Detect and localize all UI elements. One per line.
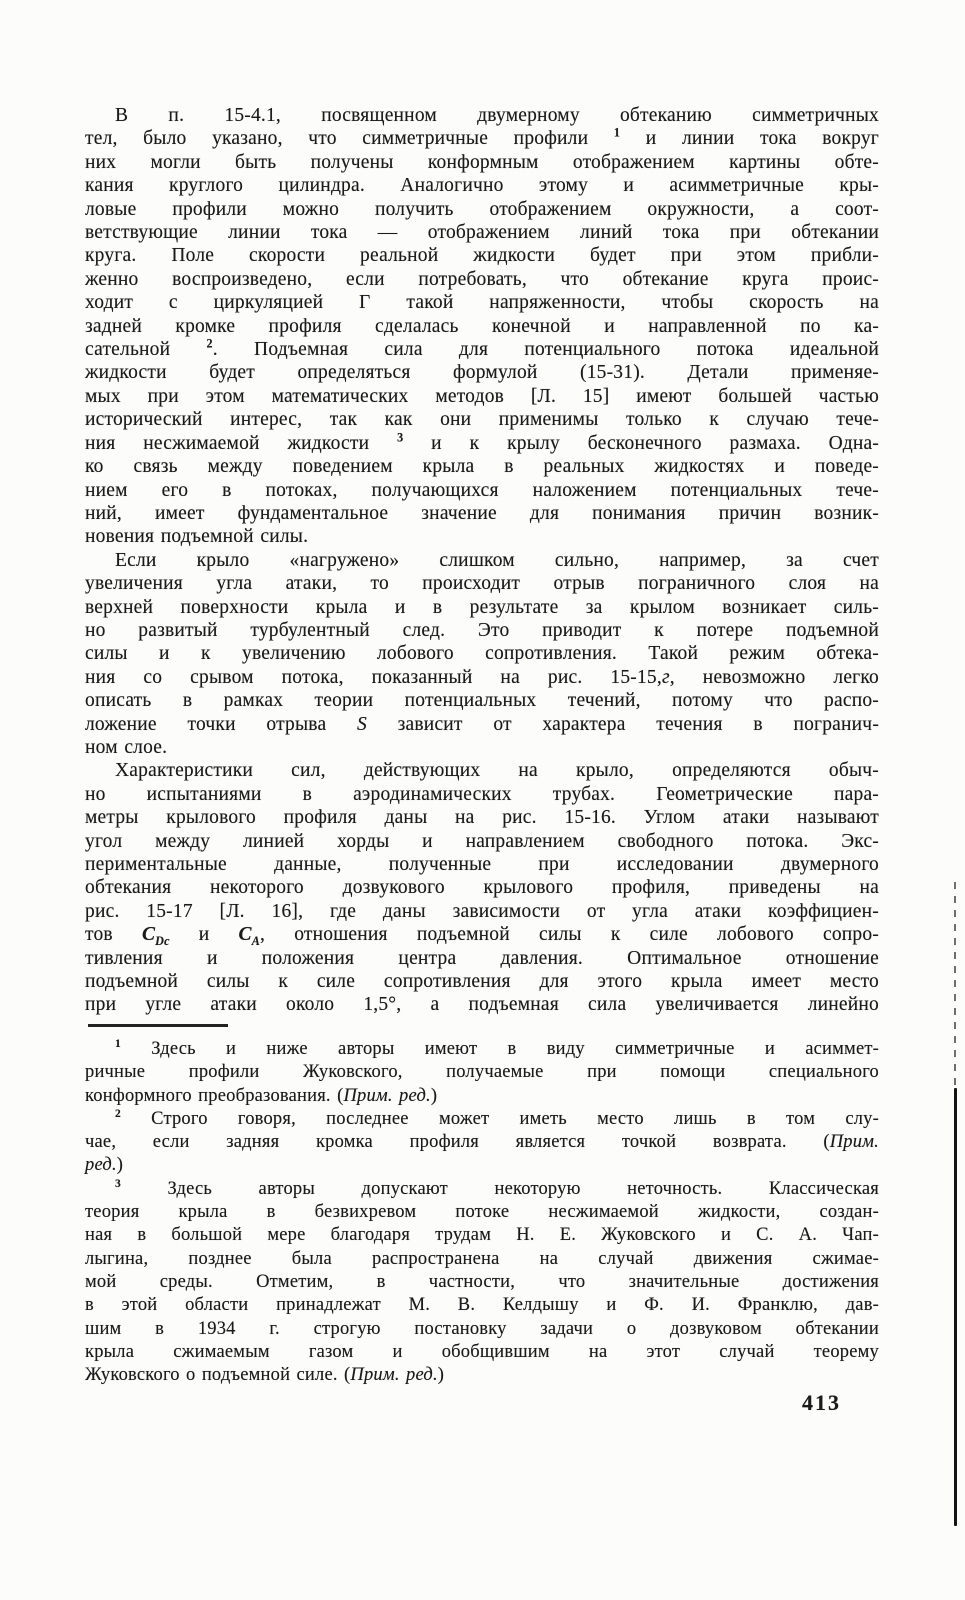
text-line: ловые профили можно получить отображение… (85, 198, 879, 221)
text-line: ветствующие линии тока — отображением ли… (85, 221, 879, 244)
text-line: силы и к увеличению лобового сопротивлен… (85, 642, 879, 665)
text-line: жидкости будет определяться формулой (15… (85, 361, 879, 384)
text-line: них могли быть получены конформным отобр… (85, 151, 879, 174)
scanned-book-page: В п. 15-4.1, посвященном двумерному обте… (0, 0, 965, 1600)
text-line: рис. 15-17 [Л. 16], где даны зависимости… (85, 900, 879, 923)
body-text: В п. 15-4.1, посвященном двумерному обте… (85, 104, 879, 1017)
scan-artifact-faint-line (954, 882, 956, 1088)
text-line: ко связь между поведением крыла в реальн… (85, 455, 879, 478)
text-line: в этой области принадлежат М. В. Келдышу… (85, 1294, 879, 1317)
text-line: чае, если задняя кромка профиля является… (85, 1131, 879, 1154)
text-line: обтекания некоторого дозвукового крылово… (85, 876, 879, 899)
text-line: тивления и положения центра давления. Оп… (85, 947, 879, 970)
text-line: шим в 1934 г. строгую постановку задачи … (85, 1318, 879, 1341)
text-line: задней кромке профиля сделалась конечной… (85, 315, 879, 338)
text-line: но развитый турбулентный след. Это приво… (85, 619, 879, 642)
text-line: 3 Здесь авторы допускают некоторую неточ… (85, 1178, 879, 1201)
text-line: нием его в потоках, получающихся наложен… (85, 479, 879, 502)
text-line: ния несжимаемой жидкости 3 и к крылу бес… (85, 432, 879, 455)
text-line: 2 Строго говоря, последнее может иметь м… (85, 1108, 879, 1131)
text-line: периментальные данные, полученные при ис… (85, 853, 879, 876)
text-line: Жуковского о подъемной силе. (Прим. ред.… (85, 1364, 879, 1387)
text-line: ния со срывом потока, показанный на рис.… (85, 666, 879, 689)
text-line: ная в большой мере благодаря трудам Н. Е… (85, 1224, 879, 1247)
text-line: ном слое. (85, 736, 879, 759)
text-line: новения подъемной силы. (85, 525, 879, 548)
text-line: В п. 15-4.1, посвященном двумерному обте… (85, 104, 879, 127)
text-line: описать в рамках теории потенциальных те… (85, 689, 879, 712)
text-line: сательной 2. Подъемная сила для потенциа… (85, 338, 879, 361)
page-number: 413 (802, 1390, 841, 1416)
text-line: Характеристики сил, действующих на крыло… (85, 759, 879, 782)
text-line: верхней поверхности крыла и в результате… (85, 596, 879, 619)
text-line: увеличения угла атаки, то происходит отр… (85, 572, 879, 595)
text-line: метры крылового профиля даны на рис. 15-… (85, 806, 879, 829)
text-line: теория крыла в безвихревом потоке несжим… (85, 1201, 879, 1224)
footnote-separator-rule (88, 1024, 228, 1027)
text-line: ложение точки отрыва S зависит от характ… (85, 713, 879, 736)
text-line: но испытаниями в аэродинамических трубах… (85, 783, 879, 806)
text-line: подъемной силы к силе сопротивления для … (85, 970, 879, 993)
text-line: ричные профили Жуковского, получаемые пр… (85, 1061, 879, 1084)
text-line: тел, было указано, что симметричные проф… (85, 127, 879, 150)
text-line: ний, имеет фундаментальное значение для … (85, 502, 879, 525)
text-line: ред.) (85, 1154, 879, 1177)
footnotes-block: 1 Здесь и ниже авторы имеют в виду симме… (85, 1038, 879, 1387)
text-line: тов CDc и CA, отношения подъемной силы к… (85, 923, 879, 946)
text-line: Если крыло «нагружено» слишком сильно, н… (85, 549, 879, 572)
text-line: исторический интерес, так как они примен… (85, 408, 879, 431)
text-line: женно воспроизведено, если потребовать, … (85, 268, 879, 291)
text-line: ходит с циркуляцией Г такой напряженност… (85, 291, 879, 314)
text-line: 1 Здесь и ниже авторы имеют в виду симме… (85, 1038, 879, 1061)
scan-artifact-solid-line (954, 1088, 957, 1526)
text-line: мых при этом математических методов [Л. … (85, 385, 879, 408)
text-line: лыгина, позднее была распространена на с… (85, 1248, 879, 1271)
text-line: круга. Поле скорости реальной жидкости б… (85, 244, 879, 267)
text-line: кания круглого цилиндра. Аналогично этом… (85, 174, 879, 197)
text-line: конформного преобразования. (Прим. ред.) (85, 1085, 879, 1108)
text-line: крыла сжимаемым газом и обобщившим на эт… (85, 1341, 879, 1364)
text-line: мой среды. Отметим, в частности, что зна… (85, 1271, 879, 1294)
text-line: угол между линией хорды и направлением с… (85, 830, 879, 853)
text-line: при угле атаки около 1,5°, а подъемная с… (85, 993, 879, 1016)
